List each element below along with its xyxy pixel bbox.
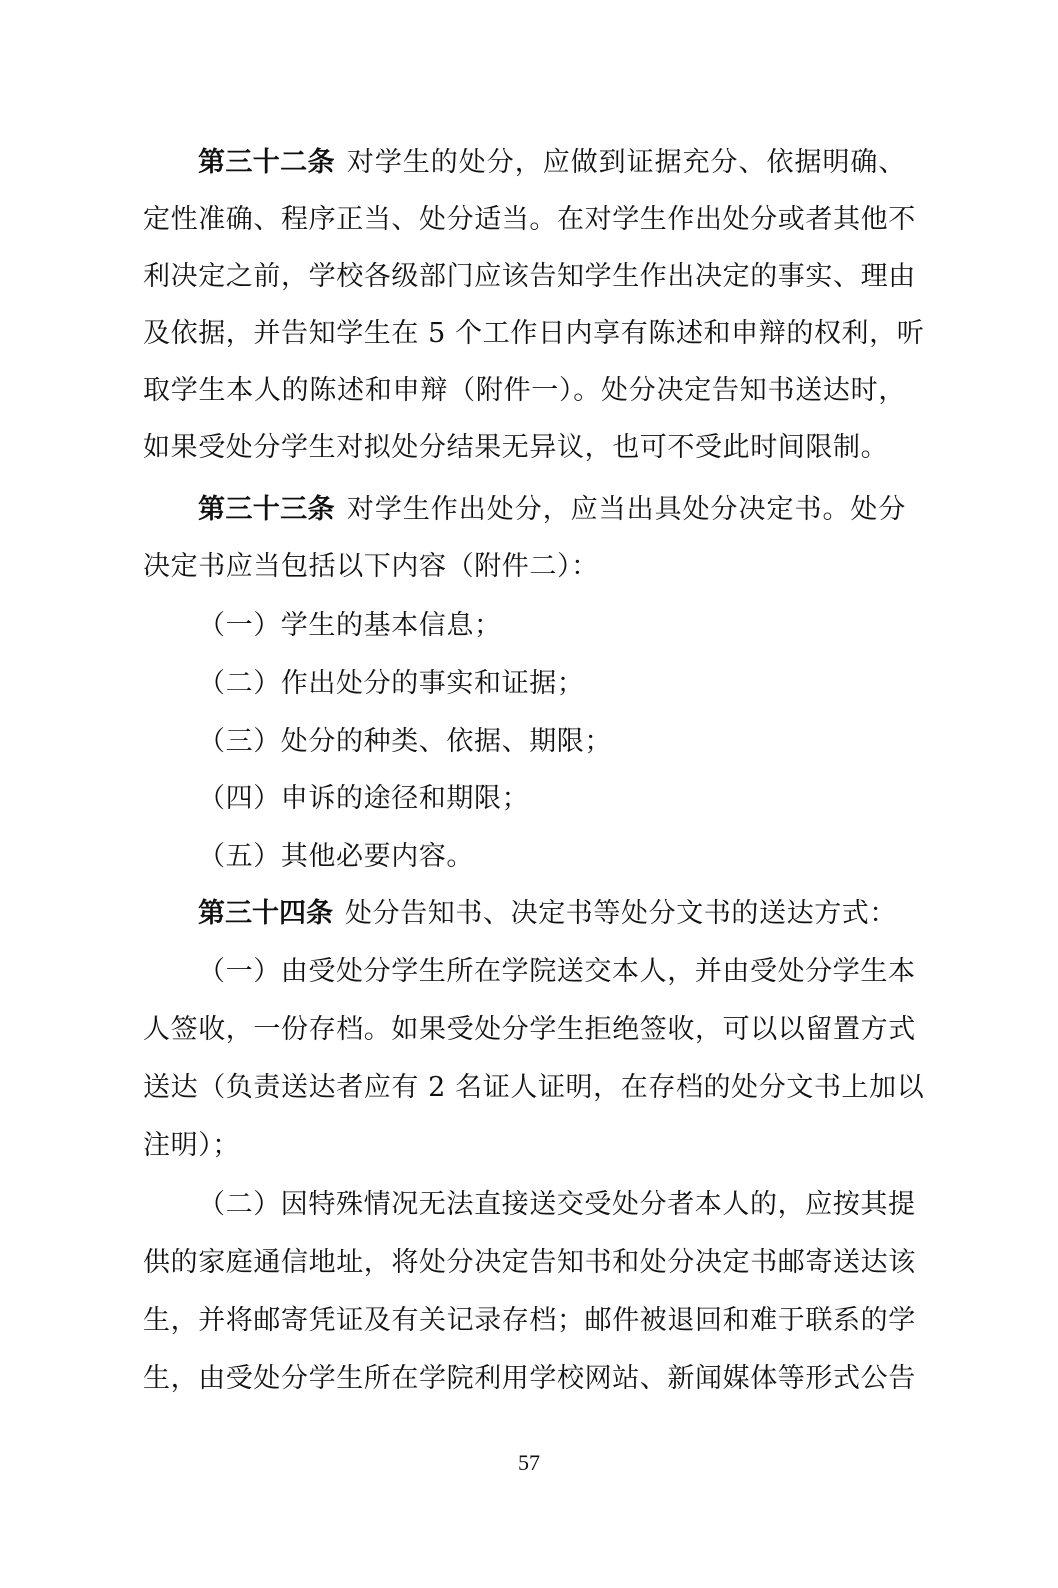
article-33-item-4: （四）申诉的途径和期限； [198,779,529,819]
article-34-title: 第三十四条 [198,898,333,929]
article-33-text: 对学生作出处分，应当出具处分决定书。处分 [347,494,906,525]
article-32-text: 对学生的处分，应做到证据充分、依据明确、 [347,147,906,178]
article-34-clause-2-line-3: 生，并将邮寄凭证及有关记录存档；邮件被退回和难于联系的学 [143,1301,906,1341]
article-33-item-2: （二）作出处分的事实和证据； [198,664,584,704]
article-34-clause-1-line-1: （一）由受处分学生所在学院送交本人，并由受处分学生本 [198,952,906,992]
article-32-line-5: 取学生本人的陈述和申辩（附件一）。处分决定告知书送达时， [143,371,906,411]
article-33-title: 第三十三条 [198,494,335,525]
article-33-item-5: （五）其他必要内容。 [198,837,474,877]
document-page: 第三十二条对学生的处分，应做到证据充分、依据明确、 定性准确、程序正当、处分适当… [0,0,1058,1588]
article-33-item-3: （三）处分的种类、依据、期限； [198,722,612,762]
article-33-line-1: 第三十三条对学生作出处分，应当出具处分决定书。处分 [198,490,906,530]
article-34-clause-1-line-2: 人签收，一份存档。如果受处分学生拒绝签收，可以以留置方式 [143,1010,906,1050]
article-32-line-2: 定性准确、程序正当、处分适当。在对学生作出处分或者其他不 [143,200,906,240]
article-32-line-1: 第三十二条对学生的处分，应做到证据充分、依据明确、 [198,143,906,183]
article-32-line-4: 及依据，并告知学生在 5 个工作日内享有陈述和申辩的权利，听 [143,314,906,354]
article-34-line-1: 第三十四条处分告知书、决定书等处分文书的送达方式： [198,894,906,934]
article-34-text: 处分告知书、决定书等处分文书的送达方式： [345,898,897,929]
article-33-line-2: 决定书应当包括以下内容（附件二）： [143,547,906,587]
article-32-line-3: 利决定之前，学校各级部门应该告知学生作出决定的事实、理由 [143,257,906,297]
article-34-clause-2-line-1: （二）因特殊情况无法直接送交受处分者本人的，应按其提 [198,1185,906,1225]
article-34-clause-2-line-4: 生，由受处分学生所在学院利用学校网站、新闻媒体等形式公告 [143,1359,906,1399]
article-32-line-6: 如果受处分学生对拟处分结果无异议，也可不受此时间限制。 [143,428,906,468]
article-32-title: 第三十二条 [198,147,335,178]
article-34-clause-2-line-2: 供的家庭通信地址，将处分决定告知书和处分决定书邮寄送达该 [143,1243,906,1283]
page-number: 57 [0,1448,1058,1478]
article-33-item-1: （一）学生的基本信息； [198,606,502,646]
article-34-clause-1-line-4: 注明）； [143,1126,906,1166]
article-34-clause-1-line-3: 送达（负责送达者应有 2 名证人证明，在存档的处分文书上加以 [143,1068,906,1108]
